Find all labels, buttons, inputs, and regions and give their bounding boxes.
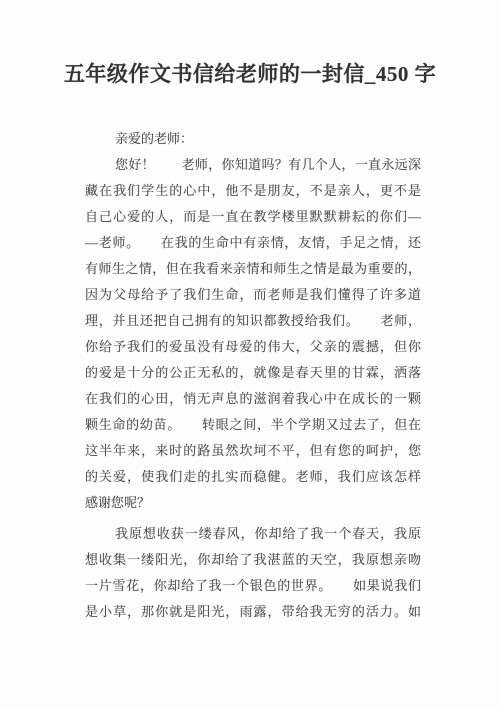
text-line: 感谢您呢？ <box>85 490 421 516</box>
text-line: 有师生之情，但在我看来亲情和师生之情是最为重要的， <box>85 256 421 282</box>
page-title: 五年级作文书信给老师的一封信_450 字 <box>0 58 500 88</box>
text-line: —老师。 在我的生命中有亲情，友情，手足之情，还 <box>85 230 421 256</box>
text-line: 自己心爱的人，而是一直在教学楼里默默耕耘的你们— <box>85 204 421 230</box>
text-line: 的爱是十分的公正无私的，就像是春天里的甘霖，洒落 <box>85 360 421 386</box>
text-line: 一片雪花，你却给了我一个银色的世界。 如果说我们 <box>85 573 421 599</box>
text-line: 在我们的心田，悄无声息的滋润着我心中在成长的一颗 <box>85 386 421 412</box>
text-line: 您好！ 老师，你知道吗？有几个人，一直永远深 <box>85 152 421 178</box>
text-line: 这半年来，来时的路虽然坎坷不平，但有您的呵护，您 <box>85 438 421 464</box>
text-line: 因为父母给予了我们生命，而老师是我们懂得了许多道 <box>85 282 421 308</box>
text-line: 我原想收获一缕春风，你却给了我一个春天，我原 <box>85 521 421 547</box>
text-line: 的关爱，使我们走的扎实而稳健。老师，我们应该怎样 <box>85 464 421 490</box>
text-line: 藏在我们学生的心中，他不是朋友，不是亲人，更不是 <box>85 178 421 204</box>
document-page: 五年级作文书信给老师的一封信_450 字 亲爱的老师： 您好！ 老师，你知道吗？… <box>0 0 500 708</box>
text-line: 想收集一缕阳光，你却给了我湛蓝的天空，我原想亲吻 <box>85 547 421 573</box>
paragraph: 我原想收获一缕春风，你却给了我一个春天，我原想收集一缕阳光，你却给了我湛蓝的天空… <box>85 521 421 625</box>
salutation-line: 亲爱的老师： <box>85 126 421 152</box>
text-line: 你给予我们的爱虽没有母爱的伟大，父亲的震撼，但你 <box>85 334 421 360</box>
letter-body: 亲爱的老师： 您好！ 老师，你知道吗？有几个人，一直永远深藏在我们学生的心中，他… <box>85 126 421 625</box>
text-line: 颗生命的幼苗。 转眼之间，半个学期又过去了，但在 <box>85 412 421 438</box>
text-line: 理，并且还把自己拥有的知识都教授给我们。 老师， <box>85 308 421 334</box>
paragraph: 您好！ 老师，你知道吗？有几个人，一直永远深藏在我们学生的心中，他不是朋友，不是… <box>85 152 421 516</box>
text-line: 是小草，那你就是阳光，雨露，带给我无穷的活力。如 <box>85 599 421 625</box>
paragraphs-container: 您好！ 老师，你知道吗？有几个人，一直永远深藏在我们学生的心中，他不是朋友，不是… <box>85 152 421 625</box>
